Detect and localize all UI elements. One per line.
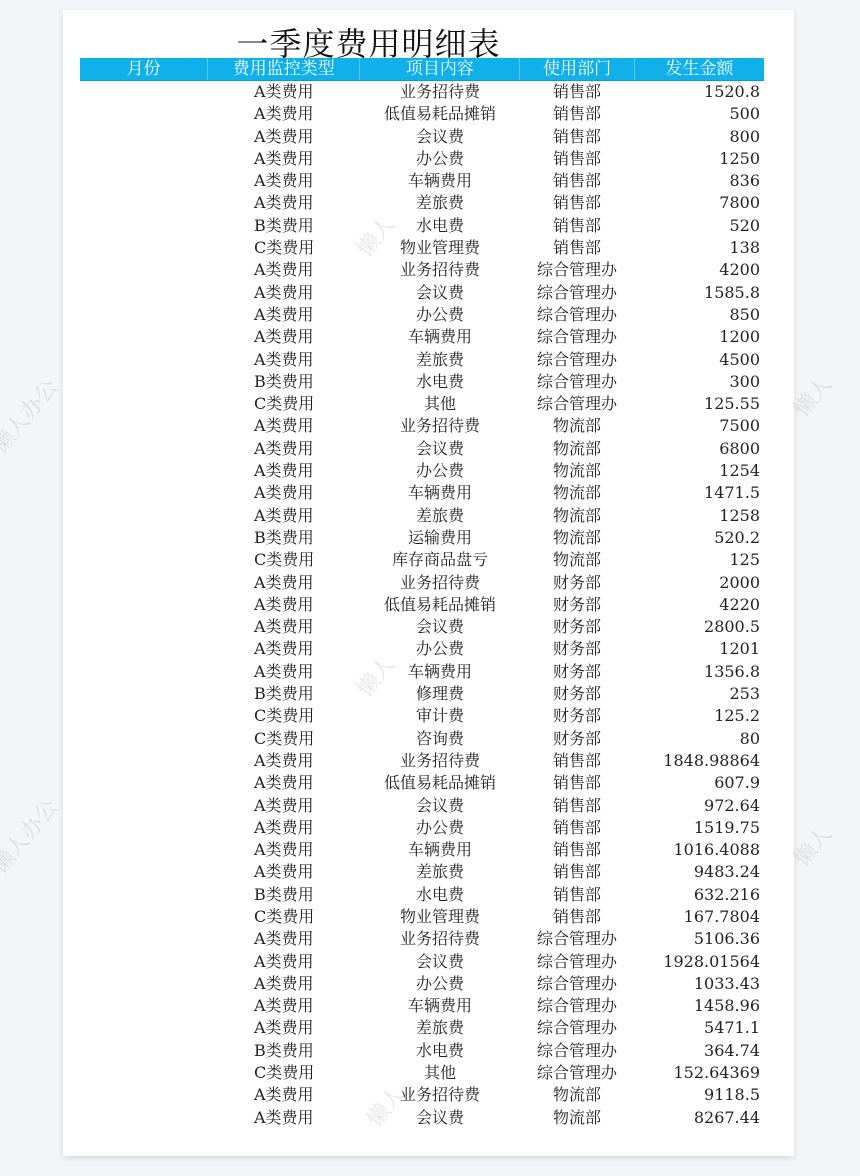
table-row[interactable]: C类费用物业管理费销售部138 [80,237,764,259]
table-row[interactable]: C类费用其他综合管理办125.55 [80,393,764,415]
cell-item[interactable]: 办公费 [360,638,520,660]
cell-type[interactable]: A类费用 [208,192,360,214]
table-row[interactable]: A类费用业务招待费销售部1848.98864 [80,750,764,772]
cell-type[interactable]: A类费用 [208,638,360,660]
cell-type[interactable]: A类费用 [208,616,360,638]
cell-month[interactable] [80,126,208,148]
cell-item[interactable]: 审计费 [360,705,520,727]
cell-month[interactable] [80,1017,208,1039]
cell-amount[interactable]: 1201 [634,638,764,660]
cell-month[interactable] [80,728,208,750]
cell-amount[interactable]: 2800.5 [634,616,764,638]
cell-dept[interactable]: 物流部 [520,1084,634,1106]
table-row[interactable]: C类费用物业管理费销售部167.7804 [80,906,764,928]
cell-amount[interactable]: 500 [634,103,764,125]
cell-amount[interactable]: 7500 [634,415,764,437]
cell-dept[interactable]: 物流部 [520,505,634,527]
cell-type[interactable]: A类费用 [208,282,360,304]
cell-item[interactable]: 会议费 [360,1107,520,1129]
cell-item[interactable]: 差旅费 [360,505,520,527]
cell-type[interactable]: C类费用 [208,549,360,571]
table-body: A类费用业务招待费销售部1520.8A类费用低值易耗品摊销销售部500A类费用会… [80,81,764,1129]
cell-month[interactable] [80,928,208,950]
cell-dept[interactable]: 综合管理办 [520,282,634,304]
table-row[interactable]: A类费用办公费销售部1250 [80,148,764,170]
cell-type[interactable]: A类费用 [208,460,360,482]
cell-type[interactable]: A类费用 [208,126,360,148]
table-row[interactable]: A类费用差旅费综合管理办4500 [80,349,764,371]
cell-amount[interactable]: 4500 [634,349,764,371]
table-row[interactable]: A类费用业务招待费综合管理办5106.36 [80,928,764,950]
cell-amount[interactable]: 1458.96 [634,995,764,1017]
cell-type[interactable]: A类费用 [208,817,360,839]
cell-dept[interactable]: 销售部 [520,795,634,817]
cell-month[interactable] [80,148,208,170]
cell-type[interactable]: A类费用 [208,995,360,1017]
cell-type[interactable]: A类费用 [208,1107,360,1129]
cell-amount[interactable]: 300 [634,371,764,393]
table-row[interactable]: C类费用其他综合管理办152.64369 [80,1062,764,1084]
table-row[interactable]: A类费用会议费物流部8267.44 [80,1107,764,1129]
cell-month[interactable] [80,906,208,928]
cell-amount[interactable]: 125 [634,549,764,571]
cell-item[interactable]: 水电费 [360,215,520,237]
cell-dept[interactable]: 物流部 [520,415,634,437]
cell-month[interactable] [80,1107,208,1129]
cell-type[interactable]: C类费用 [208,237,360,259]
cell-dept[interactable]: 财务部 [520,594,634,616]
cell-dept[interactable]: 财务部 [520,638,634,660]
cell-item[interactable]: 修理费 [360,683,520,705]
cell-type[interactable]: A类费用 [208,861,360,883]
cell-item[interactable]: 低值易耗品摊销 [360,103,520,125]
table-row[interactable]: A类费用车辆费用销售部1016.4088 [80,839,764,861]
cell-month[interactable] [80,839,208,861]
cell-month[interactable] [80,415,208,437]
table-row[interactable]: A类费用车辆费用综合管理办1458.96 [80,995,764,1017]
cell-item[interactable]: 办公费 [360,973,520,995]
cell-amount[interactable]: 6800 [634,438,764,460]
cell-dept[interactable]: 综合管理办 [520,973,634,995]
header-dept[interactable]: 使用部门 [520,58,634,80]
table-row[interactable]: B类费用修理费财务部253 [80,683,764,705]
table-row[interactable]: A类费用车辆费用财务部1356.8 [80,661,764,683]
cell-amount[interactable]: 125.2 [634,705,764,727]
cell-dept[interactable]: 财务部 [520,572,634,594]
cell-amount[interactable]: 8267.44 [634,1107,764,1129]
cell-month[interactable] [80,973,208,995]
cell-type[interactable]: A类费用 [208,259,360,281]
cell-item[interactable]: 办公费 [360,817,520,839]
cell-item[interactable]: 会议费 [360,795,520,817]
cell-item[interactable]: 业务招待费 [360,572,520,594]
cell-dept[interactable]: 综合管理办 [520,393,634,415]
cell-dept[interactable]: 财务部 [520,705,634,727]
cell-dept[interactable]: 销售部 [520,817,634,839]
table-header: 月份 费用监控类型 项目内容 使用部门 发生金额 [80,58,764,81]
cell-month[interactable] [80,371,208,393]
cell-type[interactable]: A类费用 [208,594,360,616]
cell-item[interactable]: 咨询费 [360,728,520,750]
cell-amount[interactable]: 4200 [634,259,764,281]
cell-dept[interactable]: 综合管理办 [520,349,634,371]
cell-amount[interactable]: 520 [634,215,764,237]
cell-amount[interactable]: 9118.5 [634,1084,764,1106]
cell-month[interactable] [80,995,208,1017]
cell-amount[interactable]: 1258 [634,505,764,527]
cell-amount[interactable]: 2000 [634,572,764,594]
cell-type[interactable]: A类费用 [208,1084,360,1106]
cell-dept[interactable]: 财务部 [520,616,634,638]
cell-month[interactable] [80,951,208,973]
cell-dept[interactable]: 销售部 [520,906,634,928]
cell-item[interactable]: 会议费 [360,126,520,148]
cell-amount[interactable]: 5471.1 [634,1017,764,1039]
cell-type[interactable]: A类费用 [208,349,360,371]
cell-type[interactable]: A类费用 [208,438,360,460]
table-row[interactable]: A类费用办公费综合管理办850 [80,304,764,326]
table-row[interactable]: A类费用车辆费用销售部836 [80,170,764,192]
cell-month[interactable] [80,549,208,571]
cell-amount[interactable]: 800 [634,126,764,148]
table-row[interactable]: B类费用运输费用物流部520.2 [80,527,764,549]
cell-dept[interactable]: 财务部 [520,728,634,750]
cell-dept[interactable]: 销售部 [520,772,634,794]
cell-type[interactable]: A类费用 [208,572,360,594]
cell-month[interactable] [80,817,208,839]
cell-amount[interactable]: 1250 [634,148,764,170]
cell-type[interactable]: C类费用 [208,1062,360,1084]
cell-item[interactable]: 会议费 [360,951,520,973]
cell-type[interactable]: B类费用 [208,371,360,393]
cell-amount[interactable]: 7800 [634,192,764,214]
cell-dept[interactable]: 综合管理办 [520,928,634,950]
cell-type[interactable]: C类费用 [208,393,360,415]
cell-amount[interactable]: 152.64369 [634,1062,764,1084]
table-row[interactable]: B类费用水电费综合管理办364.74 [80,1040,764,1062]
cell-dept[interactable]: 综合管理办 [520,326,634,348]
cell-dept[interactable]: 销售部 [520,81,634,103]
cell-item[interactable]: 运输费用 [360,527,520,549]
table-row[interactable]: A类费用业务招待费物流部9118.5 [80,1084,764,1106]
cell-amount[interactable]: 607.9 [634,772,764,794]
cell-month[interactable] [80,1040,208,1062]
cell-item[interactable]: 物业管理费 [360,237,520,259]
cell-item[interactable]: 差旅费 [360,192,520,214]
cell-item[interactable]: 低值易耗品摊销 [360,594,520,616]
cell-item[interactable]: 车辆费用 [360,995,520,1017]
cell-dept[interactable]: 销售部 [520,237,634,259]
cell-dept[interactable]: 财务部 [520,661,634,683]
cell-dept[interactable]: 综合管理办 [520,1040,634,1062]
table-row[interactable]: A类费用会议费销售部800 [80,126,764,148]
cell-type[interactable]: B类费用 [208,527,360,549]
cell-item[interactable]: 车辆费用 [360,661,520,683]
table-row[interactable]: A类费用业务招待费综合管理办4200 [80,259,764,281]
cell-type[interactable]: A类费用 [208,839,360,861]
cell-amount[interactable]: 4220 [634,594,764,616]
cell-item[interactable]: 车辆费用 [360,839,520,861]
cell-amount[interactable]: 836 [634,170,764,192]
table-row[interactable]: C类费用咨询费财务部80 [80,728,764,750]
cell-item[interactable]: 水电费 [360,1040,520,1062]
cell-type[interactable]: A类费用 [208,928,360,950]
cell-amount[interactable]: 520.2 [634,527,764,549]
cell-dept[interactable]: 综合管理办 [520,951,634,973]
cell-month[interactable] [80,861,208,883]
header-month[interactable]: 月份 [80,58,208,80]
cell-dept[interactable]: 综合管理办 [520,995,634,1017]
cell-amount[interactable]: 364.74 [634,1040,764,1062]
table-row[interactable]: C类费用库存商品盘亏物流部125 [80,549,764,571]
cell-dept[interactable]: 销售部 [520,884,634,906]
table-row[interactable]: A类费用会议费综合管理办1585.8 [80,282,764,304]
cell-type[interactable]: A类费用 [208,326,360,348]
cell-month[interactable] [80,638,208,660]
cell-month[interactable] [80,81,208,103]
cell-month[interactable] [80,438,208,460]
cell-month[interactable] [80,349,208,371]
cell-month[interactable] [80,237,208,259]
spreadsheet-page: 一季度费用明细表 月份 费用监控类型 项目内容 使用部门 发生金额 A类费用业务… [63,10,794,1156]
table-row[interactable]: A类费用业务招待费物流部7500 [80,415,764,437]
cell-amount[interactable]: 1016.4088 [634,839,764,861]
cell-amount[interactable]: 1356.8 [634,661,764,683]
cell-type[interactable]: A类费用 [208,103,360,125]
cell-month[interactable] [80,705,208,727]
cell-amount[interactable]: 5106.36 [634,928,764,950]
table-row[interactable]: B类费用水电费综合管理办300 [80,371,764,393]
table-row[interactable]: A类费用会议费财务部2800.5 [80,616,764,638]
cell-item[interactable]: 物业管理费 [360,906,520,928]
cell-dept[interactable]: 销售部 [520,839,634,861]
cell-item[interactable]: 其他 [360,393,520,415]
cell-item[interactable]: 车辆费用 [360,170,520,192]
cell-type[interactable]: C类费用 [208,728,360,750]
cell-item[interactable]: 业务招待费 [360,81,520,103]
cell-month[interactable] [80,326,208,348]
cell-dept[interactable]: 物流部 [520,460,634,482]
cell-amount[interactable]: 1848.98864 [634,750,764,772]
cell-dept[interactable]: 物流部 [520,549,634,571]
table-row[interactable]: A类费用办公费销售部1519.75 [80,817,764,839]
cell-month[interactable] [80,505,208,527]
table-row[interactable]: A类费用会议费综合管理办1928.01564 [80,951,764,973]
table-row[interactable]: A类费用差旅费物流部1258 [80,505,764,527]
table-row[interactable]: A类费用车辆费用物流部1471.5 [80,482,764,504]
cell-dept[interactable]: 综合管理办 [520,1062,634,1084]
cell-dept[interactable]: 综合管理办 [520,259,634,281]
table-row[interactable]: B类费用水电费销售部632.216 [80,884,764,906]
cell-dept[interactable]: 综合管理办 [520,1017,634,1039]
table-row[interactable]: A类费用业务招待费销售部1520.8 [80,81,764,103]
cell-item[interactable]: 办公费 [360,304,520,326]
cell-amount[interactable]: 1928.01564 [634,951,764,973]
cell-amount[interactable]: 850 [634,304,764,326]
cell-dept[interactable]: 物流部 [520,482,634,504]
cell-amount[interactable]: 138 [634,237,764,259]
cell-item[interactable]: 水电费 [360,884,520,906]
cell-month[interactable] [80,259,208,281]
cell-type[interactable]: A类费用 [208,973,360,995]
table-row[interactable]: A类费用差旅费销售部7800 [80,192,764,214]
cell-item[interactable]: 水电费 [360,371,520,393]
table-row[interactable]: A类费用办公费物流部1254 [80,460,764,482]
cell-type[interactable]: A类费用 [208,951,360,973]
cell-type[interactable]: B类费用 [208,683,360,705]
cell-item[interactable]: 会议费 [360,282,520,304]
cell-month[interactable] [80,616,208,638]
cell-item[interactable]: 车辆费用 [360,326,520,348]
table-row[interactable]: A类费用车辆费用综合管理办1200 [80,326,764,348]
cell-amount[interactable]: 1519.75 [634,817,764,839]
cell-amount[interactable]: 80 [634,728,764,750]
cell-type[interactable]: A类费用 [208,170,360,192]
cell-item[interactable]: 业务招待费 [360,259,520,281]
cell-item[interactable]: 差旅费 [360,1017,520,1039]
cell-type[interactable]: C类费用 [208,906,360,928]
table-row[interactable]: B类费用水电费销售部520 [80,215,764,237]
cell-type[interactable]: B类费用 [208,1040,360,1062]
cell-month[interactable] [80,527,208,549]
cell-month[interactable] [80,1084,208,1106]
cell-type[interactable]: A类费用 [208,415,360,437]
cell-month[interactable] [80,460,208,482]
cell-month[interactable] [80,1062,208,1084]
cell-month[interactable] [80,482,208,504]
cell-item[interactable]: 低值易耗品摊销 [360,772,520,794]
cell-month[interactable] [80,594,208,616]
cell-month[interactable] [80,170,208,192]
cell-dept[interactable]: 财务部 [520,683,634,705]
cell-item[interactable]: 库存商品盘亏 [360,549,520,571]
cell-month[interactable] [80,750,208,772]
cell-item[interactable]: 差旅费 [360,349,520,371]
cell-month[interactable] [80,215,208,237]
cell-type[interactable]: A类费用 [208,482,360,504]
cell-type[interactable]: C类费用 [208,705,360,727]
cell-item[interactable]: 办公费 [360,148,520,170]
cell-month[interactable] [80,884,208,906]
cell-type[interactable]: A类费用 [208,772,360,794]
cell-item[interactable]: 业务招待费 [360,928,520,950]
cell-type[interactable]: A类费用 [208,148,360,170]
cell-dept[interactable]: 销售部 [520,215,634,237]
cell-type[interactable]: A类费用 [208,304,360,326]
cell-dept[interactable]: 销售部 [520,170,634,192]
cell-item[interactable]: 会议费 [360,438,520,460]
cell-dept[interactable]: 综合管理办 [520,371,634,393]
cell-month[interactable] [80,304,208,326]
cell-type[interactable]: A类费用 [208,505,360,527]
watermark: 懒人办公 [0,372,64,459]
cell-amount[interactable]: 1033.43 [634,973,764,995]
cell-amount[interactable]: 632.216 [634,884,764,906]
cell-type[interactable]: A类费用 [208,81,360,103]
table-row[interactable]: A类费用业务招待费财务部2000 [80,572,764,594]
cell-type[interactable]: A类费用 [208,795,360,817]
expense-table: 月份 费用监控类型 项目内容 使用部门 发生金额 A类费用业务招待费销售部152… [80,58,764,1129]
cell-type[interactable]: B类费用 [208,215,360,237]
cell-dept[interactable]: 销售部 [520,103,634,125]
table-row[interactable]: C类费用审计费财务部125.2 [80,705,764,727]
table-row[interactable]: A类费用办公费财务部1201 [80,638,764,660]
cell-item[interactable]: 车辆费用 [360,482,520,504]
cell-month[interactable] [80,795,208,817]
cell-type[interactable]: B类费用 [208,884,360,906]
table-row[interactable]: A类费用会议费销售部972.64 [80,795,764,817]
table-row[interactable]: A类费用差旅费销售部9483.24 [80,861,764,883]
cell-type[interactable]: A类费用 [208,750,360,772]
table-row[interactable]: A类费用会议费物流部6800 [80,438,764,460]
header-type[interactable]: 费用监控类型 [208,58,360,80]
cell-dept[interactable]: 销售部 [520,750,634,772]
table-row[interactable]: A类费用低值易耗品摊销财务部4220 [80,594,764,616]
cell-amount[interactable]: 972.64 [634,795,764,817]
cell-item[interactable]: 差旅费 [360,861,520,883]
cell-amount[interactable]: 9483.24 [634,861,764,883]
header-amount[interactable]: 发生金额 [635,58,764,80]
cell-type[interactable]: A类费用 [208,1017,360,1039]
cell-item[interactable]: 业务招待费 [360,415,520,437]
cell-item[interactable]: 会议费 [360,616,520,638]
cell-type[interactable]: A类费用 [208,661,360,683]
cell-month[interactable] [80,683,208,705]
cell-month[interactable] [80,572,208,594]
cell-amount[interactable]: 1200 [634,326,764,348]
cell-amount[interactable]: 1520.8 [634,81,764,103]
cell-month[interactable] [80,772,208,794]
cell-item[interactable]: 办公费 [360,460,520,482]
cell-dept[interactable]: 物流部 [520,1107,634,1129]
cell-dept[interactable]: 物流部 [520,527,634,549]
cell-amount[interactable]: 1254 [634,460,764,482]
cell-amount[interactable]: 253 [634,683,764,705]
table-row[interactable]: A类费用办公费综合管理办1033.43 [80,973,764,995]
cell-amount[interactable]: 125.55 [634,393,764,415]
cell-month[interactable] [80,393,208,415]
cell-dept[interactable]: 综合管理办 [520,304,634,326]
watermark: 懒人办公 [0,792,64,879]
header-item[interactable]: 项目内容 [360,58,520,80]
cell-item[interactable]: 其他 [360,1062,520,1084]
cell-dept[interactable]: 物流部 [520,438,634,460]
cell-amount[interactable]: 167.7804 [634,906,764,928]
cell-amount[interactable]: 1585.8 [634,282,764,304]
table-row[interactable]: A类费用低值易耗品摊销销售部500 [80,103,764,125]
cell-month[interactable] [80,192,208,214]
cell-month[interactable] [80,661,208,683]
cell-dept[interactable]: 销售部 [520,192,634,214]
cell-month[interactable] [80,103,208,125]
cell-item[interactable]: 业务招待费 [360,750,520,772]
cell-dept[interactable]: 销售部 [520,148,634,170]
cell-month[interactable] [80,282,208,304]
table-row[interactable]: A类费用低值易耗品摊销销售部607.9 [80,772,764,794]
cell-amount[interactable]: 1471.5 [634,482,764,504]
cell-dept[interactable]: 销售部 [520,126,634,148]
cell-item[interactable]: 业务招待费 [360,1084,520,1106]
cell-dept[interactable]: 销售部 [520,861,634,883]
table-row[interactable]: A类费用差旅费综合管理办5471.1 [80,1017,764,1039]
